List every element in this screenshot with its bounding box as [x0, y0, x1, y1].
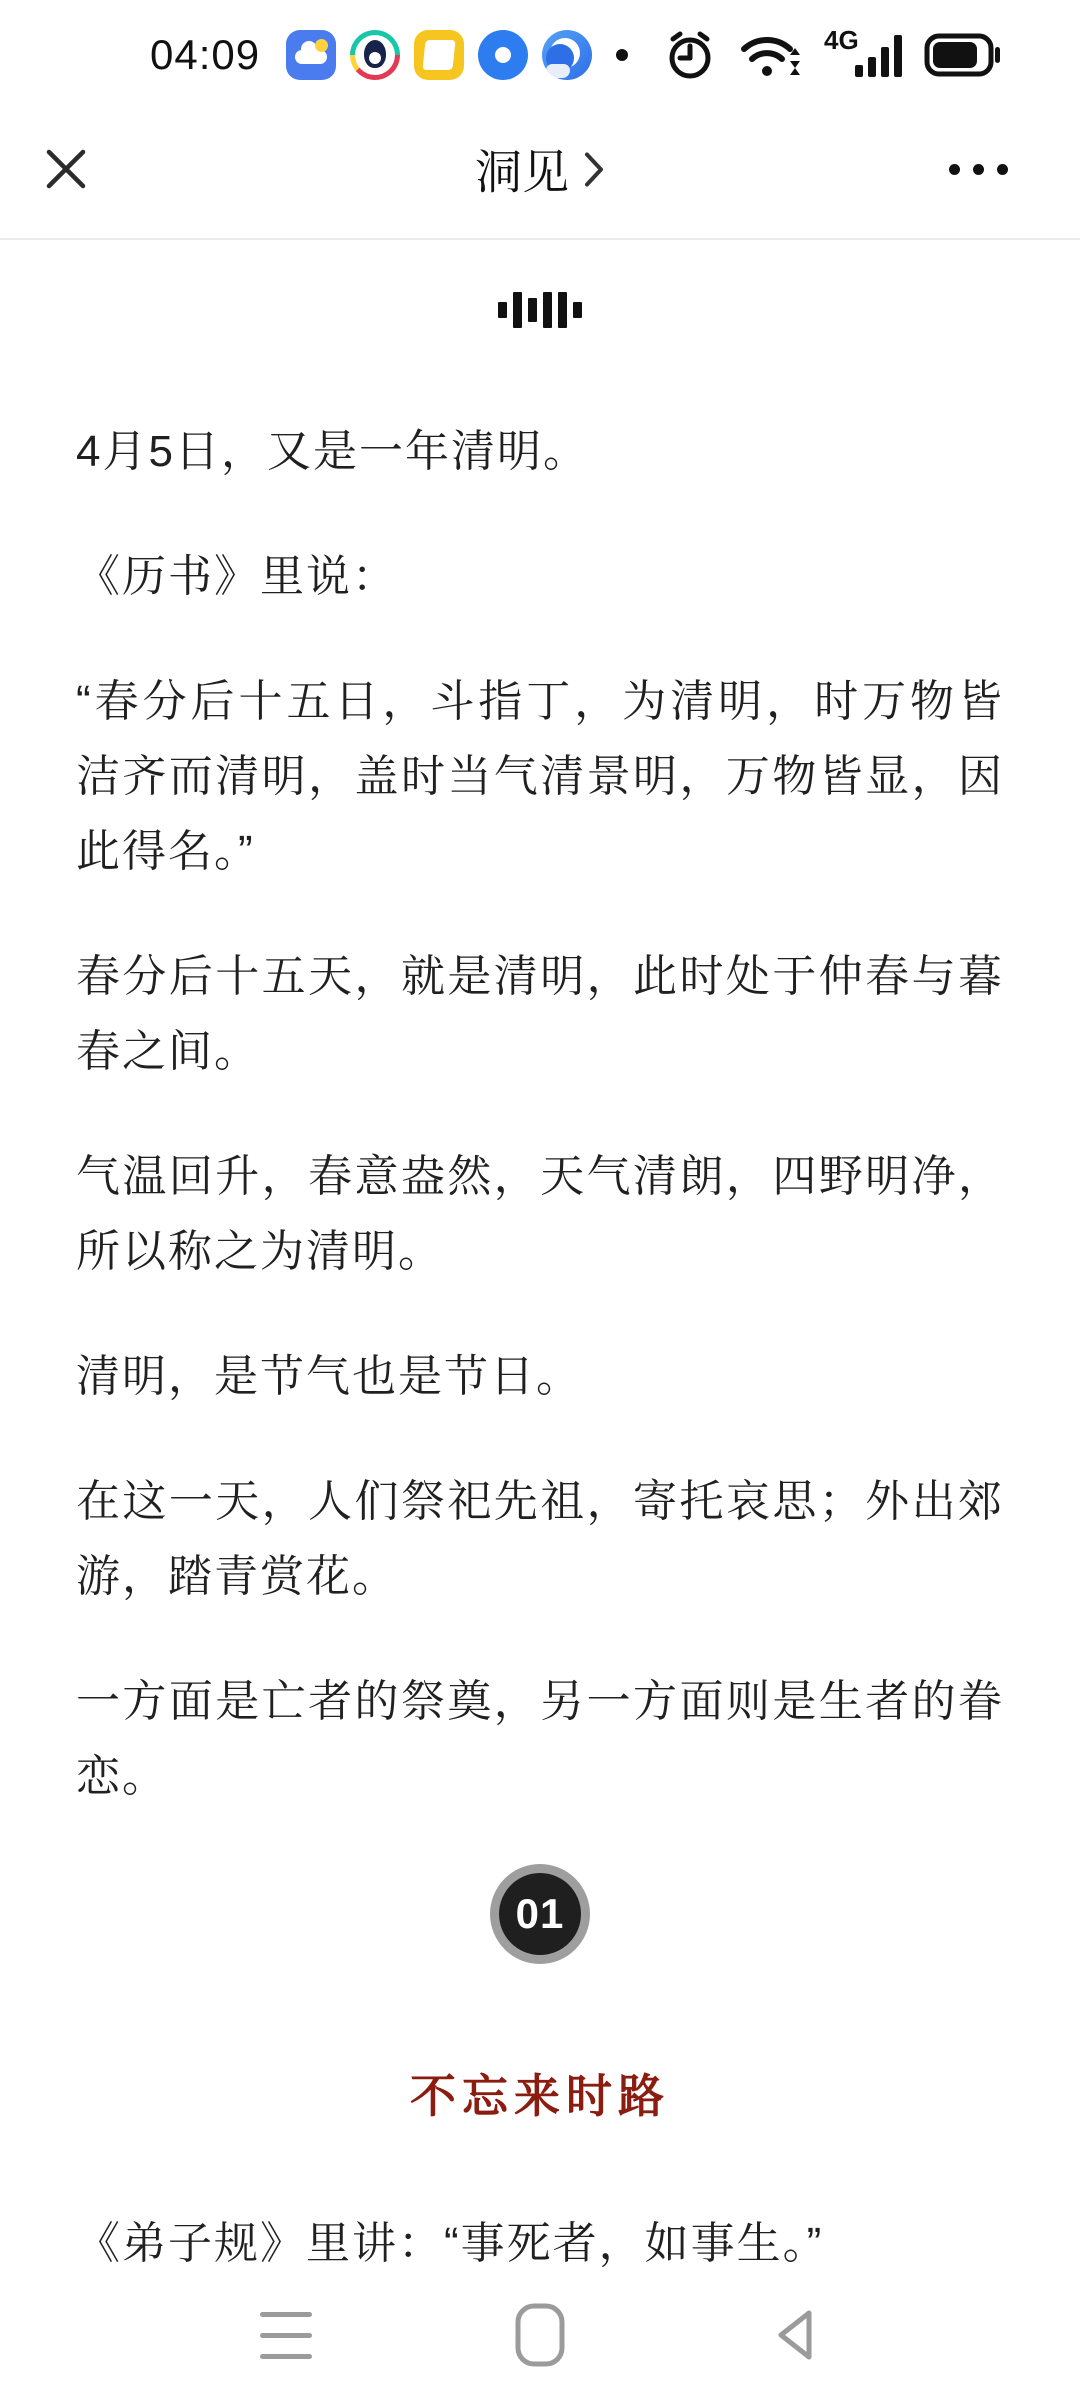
- signal-4g-icon: 4G: [824, 27, 902, 83]
- paragraph: 4月5日，又是一年清明。: [76, 414, 1004, 489]
- recents-menu-icon: [260, 2312, 312, 2359]
- battery-icon: [924, 33, 1002, 77]
- recents-button[interactable]: [256, 2295, 316, 2375]
- qq-app-icon: [350, 30, 400, 80]
- article-body: 4月5日，又是一年清明。 《历书》里说： “春分后十五日，斗指丁，为清明，时万物…: [0, 240, 1080, 2331]
- account-title[interactable]: 洞见: [475, 136, 605, 203]
- books-app-icon: [414, 30, 464, 80]
- back-icon: [769, 2305, 819, 2365]
- weather-app-icon: [286, 30, 336, 80]
- dongjian-logo-bars-icon: [76, 292, 1004, 328]
- section-number: 01: [499, 1873, 581, 1955]
- paragraph: 一方面是亡者的祭奠，另一方面则是生者的眷恋。: [76, 1664, 1004, 1814]
- browser-app-icon: [542, 30, 592, 80]
- notification-dot-icon: [616, 49, 628, 61]
- paragraph: 在这一天，人们祭祀先祖，寄托哀思；外出郊游，踏青赏花。: [76, 1464, 1004, 1614]
- home-icon: [514, 2302, 566, 2368]
- more-dots-icon: [949, 164, 960, 175]
- close-button[interactable]: [38, 141, 94, 197]
- system-navigation-bar: [0, 2270, 1080, 2400]
- paragraph: “春分后十五日，斗指丁，为清明，时万物皆洁齐而清明，盖时当气清景明，万物皆显，因…: [76, 664, 1004, 889]
- back-button[interactable]: [764, 2295, 824, 2375]
- wifi-icon: [738, 27, 802, 83]
- notification-icons: [286, 30, 628, 80]
- alarm-icon: [664, 27, 716, 83]
- status-bar: 04:09: [0, 0, 1080, 100]
- screen: 04:09: [0, 0, 1080, 2400]
- dot-app-icon: [478, 30, 528, 80]
- paragraph: 清明，是节气也是节日。: [76, 1339, 1004, 1414]
- paragraph: 气温回升，春意盎然，天气清朗，四野明净，所以称之为清明。: [76, 1139, 1004, 1289]
- close-icon: [43, 146, 89, 192]
- paragraph: 《历书》里说：: [76, 539, 1004, 614]
- nav-bar: 洞见: [0, 100, 1080, 238]
- status-time: 04:09: [150, 31, 260, 79]
- more-button[interactable]: [949, 141, 1008, 197]
- network-type-label: 4G: [824, 25, 859, 56]
- paragraph: 春分后十五天，就是清明，此时处于仲春与暮春之间。: [76, 939, 1004, 1089]
- section-number-badge: 01: [490, 1864, 590, 1964]
- page-title: 洞见: [475, 136, 569, 203]
- section-title: 不忘来时路: [76, 2060, 1004, 2126]
- status-right-icons: 4G: [664, 27, 1002, 83]
- chevron-right-icon: [583, 150, 605, 188]
- home-button[interactable]: [510, 2295, 570, 2375]
